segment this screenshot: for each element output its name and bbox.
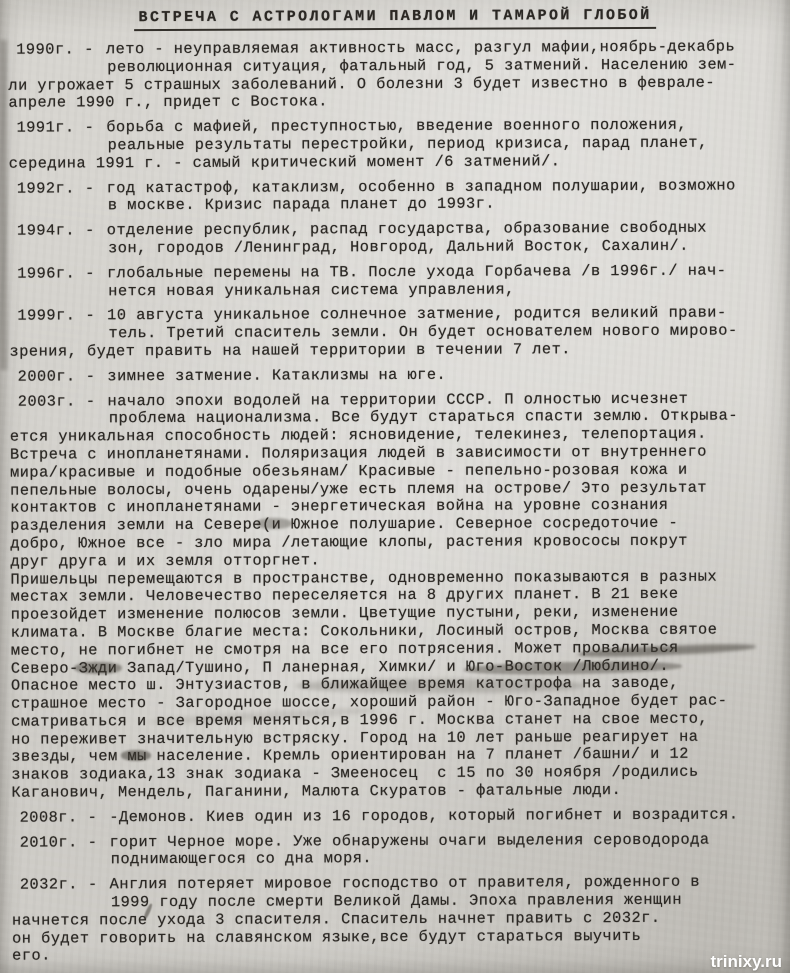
year-separator: - bbox=[78, 877, 110, 895]
entry-text: год катастроф, катаклизм, особенно в зап… bbox=[107, 176, 736, 197]
year-entry: 2008г.--Демонов. Киев один из 16 городов… bbox=[20, 806, 778, 827]
scanned-document-page: ВСТРЕЧА С АСТРОЛОГАМИ ПАВЛОМ И ТАМАРОЙ Г… bbox=[0, 0, 790, 973]
year-entry: 1991г.-борьба с мафией, преступностью, в… bbox=[17, 117, 775, 174]
entry-line: добро, Южное все - зло мира /летающие кл… bbox=[10, 532, 776, 553]
year-separator: - bbox=[75, 180, 107, 198]
document-content: ВСТРЕЧА С АСТРОЛОГАМИ ПАВЛОМ И ТАМАРОЙ Г… bbox=[0, 0, 790, 966]
entry-year: 2000г. bbox=[18, 368, 76, 386]
year-entry: 1996г.-глобальные перемены на ТВ. После … bbox=[17, 262, 775, 301]
entry-text: горит Черное море. Уже обнаружены очаги … bbox=[109, 830, 709, 851]
entry-line: нется новая уникальная система управлени… bbox=[17, 280, 775, 301]
entry-line: зон, городов /Ленинград, Новгород, Дальн… bbox=[17, 237, 775, 258]
entry-line: поднимающегося со дна моря. bbox=[20, 849, 778, 870]
year-separator: - bbox=[76, 393, 108, 411]
entry-line: апреле 1990 г., придет с Востока. bbox=[8, 92, 774, 113]
watermark: trinixy.ru bbox=[711, 952, 782, 972]
entry-line: Каганович, Мендель, Паганини, Малюта Ску… bbox=[11, 781, 777, 802]
entry-year: 1999г. bbox=[17, 308, 75, 326]
year-entry: 1990г.-лето - неуправляемая активность м… bbox=[16, 38, 774, 112]
year-separator: - bbox=[78, 834, 110, 852]
year-entry: 2003г.-начало эпохи водолей на территори… bbox=[18, 390, 778, 803]
entry-line: в москве. Кризис парада планет до 1993г. bbox=[17, 195, 775, 216]
entries: 1990г.-лето - неуправляемая активность м… bbox=[16, 38, 778, 966]
year-entry: 2010г.-горит Черное море. Уже обнаружены… bbox=[20, 831, 778, 870]
entry-text: -Демонов. Киев один из 16 городов, котор… bbox=[109, 805, 738, 826]
year-entry: 1992г.-год катастроф, катаклизм, особенн… bbox=[17, 177, 775, 216]
entry-line: середина 1991 г. - самый критический мом… bbox=[9, 152, 775, 173]
year-separator: - bbox=[78, 809, 110, 827]
year-entry: 2032г.-Англия потеряет мировое господств… bbox=[20, 874, 778, 966]
entry-line: 2008г.--Демонов. Киев один из 16 городов… bbox=[20, 806, 778, 827]
entry-year: 2008г. bbox=[20, 809, 78, 827]
entry-year: 2010г. bbox=[20, 834, 78, 852]
entry-year: 2032г. bbox=[20, 877, 78, 895]
year-entry: 1994г.-отделение республик, распад госуд… bbox=[17, 220, 775, 259]
year-separator: - bbox=[75, 265, 107, 283]
year-separator: - bbox=[75, 222, 107, 240]
entry-line: его. bbox=[12, 945, 778, 966]
year-separator: - bbox=[75, 119, 107, 137]
entry-text: глобальные перемены на ТВ. После ухода Г… bbox=[107, 261, 727, 282]
entry-year: 2003г. bbox=[18, 393, 76, 411]
title-row: ВСТРЕЧА С АСТРОЛОГАМИ ПАВЛОМ И ТАМАРОЙ Г… bbox=[16, 5, 774, 31]
entry-year: 1992г. bbox=[17, 180, 75, 198]
entry-year: 1990г. bbox=[16, 41, 74, 59]
year-entry: 2000г.-зимнее затмение. Катаклизмы на юг… bbox=[18, 365, 776, 386]
document-title: ВСТРЕЧА С АСТРОЛОГАМИ ПАВЛОМ И ТАМАРОЙ Г… bbox=[134, 6, 655, 31]
entry-text: зимнее затмение. Катаклизмы на юге. bbox=[107, 366, 446, 385]
entry-year: 1991г. bbox=[17, 120, 75, 138]
entry-year: 1996г. bbox=[17, 265, 75, 283]
year-entry: 1999г.-10 августа уникальное солнечное з… bbox=[17, 305, 775, 362]
year-separator: - bbox=[74, 41, 106, 59]
entry-line: зрения, будет править на нашей территори… bbox=[9, 340, 775, 361]
year-separator: - bbox=[75, 308, 107, 326]
entry-year: 1994г. bbox=[17, 223, 75, 241]
entry-line: 2000г.-зимнее затмение. Катаклизмы на юг… bbox=[18, 365, 776, 386]
year-separator: - bbox=[76, 368, 108, 386]
